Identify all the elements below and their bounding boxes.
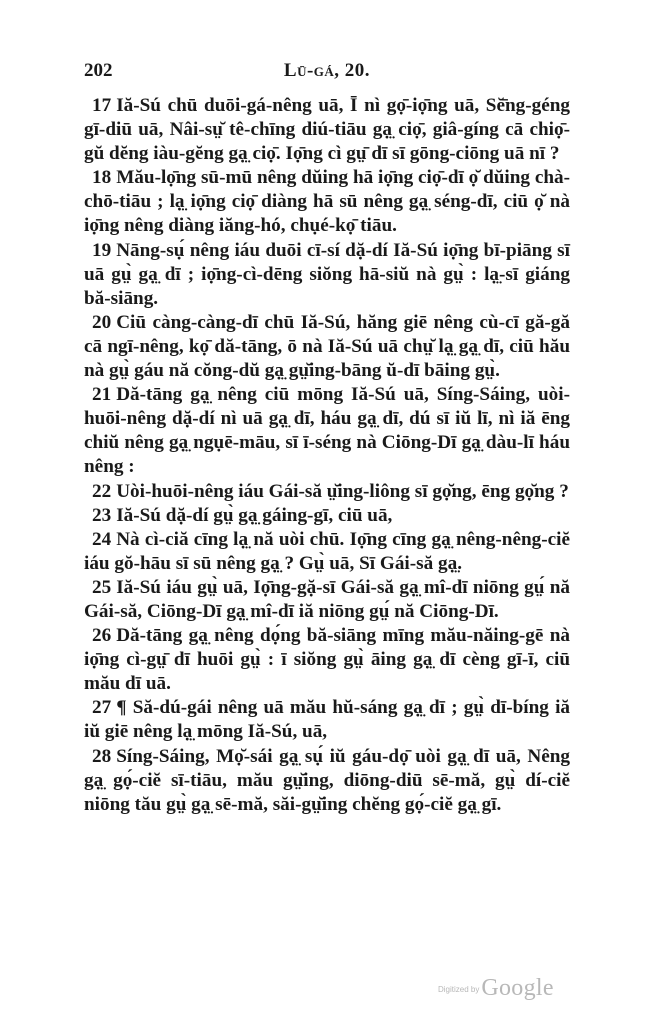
running-title: Lū-gá, 20. (84, 60, 570, 82)
verse-18: 18Mău-lọ̄ng sū-mū nêng dŭing hā iọ̄ng ci… (84, 166, 570, 238)
verse-number: 17 (92, 95, 111, 116)
verse-number: 26 (92, 625, 111, 646)
verse-text: Síng-Sáing, Mọ̆-sái gạ̤ sụ́ iŭ gáu-dọ̄ u… (84, 746, 570, 815)
verse-27: 27¶ Să-dú-gái nêng uā mău hŭ-sáng gạ̤ dī… (84, 696, 570, 744)
verse-text: Mău-lọ̄ng sū-mū nêng dŭing hā iọ̄ng ciọ̄… (84, 167, 570, 236)
verse-text: Dă-tāng gạ̤ nêng ciū mōng Iă-Sú uā, Síng… (84, 384, 570, 477)
verse-number: 23 (92, 505, 111, 526)
verse-text: Nà cì-ciă cīng lạ̤ nă uòi chū. Iọ̄ng cīn… (84, 529, 570, 574)
page-header: 202 Lū-gá, 20. (84, 60, 570, 86)
verse-text: Ciū càng-càng-dī chū Iă-Sú, hăng giē nên… (84, 312, 570, 381)
verse-number: 18 (92, 167, 111, 188)
verse-number: 27 (92, 697, 111, 718)
verse-22: 22Uòi-huōi-nêng iáu Gái-să ṳ̆ing-liông s… (84, 480, 570, 504)
verse-26: 26Dă-tāng gạ̤ nêng dọ́ng bă-siāng mīng m… (84, 624, 570, 696)
verse-number: 24 (92, 529, 111, 550)
verse-text: ¶ Să-dú-gái nêng uā mău hŭ-sáng gạ̤ dī ;… (84, 697, 570, 742)
google-watermark: Digitized byGoogle (438, 975, 554, 1002)
verse-text: Iă-Sú chū duōi-gá-nêng uā, Ī nì gọ̄-iọ̄n… (84, 95, 570, 164)
verse-text: Nāng-sụ́ nêng iáu duōi cī-sí dặ-dí Iă-Sú… (84, 240, 570, 309)
verse-text: Iă-Sú dặ-dí gṳ̀ gạ̤ gáing-gī, ciū uā, (116, 505, 392, 526)
verse-17: 17Iă-Sú chū duōi-gá-nêng uā, Ī nì gọ̄-iọ… (84, 94, 570, 166)
verse-25: 25Iă-Sú iáu gṳ̀ uā, Iọ̄ng-gặ-sī Gái-să g… (84, 576, 570, 624)
verse-number: 19 (92, 240, 111, 261)
digitized-by-label: Digitized by (438, 985, 479, 994)
verse-number: 21 (92, 384, 111, 405)
verse-number: 22 (92, 481, 111, 502)
verse-number: 20 (92, 312, 111, 333)
verse-24: 24Nà cì-ciă cīng lạ̤ nă uòi chū. Iọ̄ng c… (84, 528, 570, 576)
verse-28: 28Síng-Sáing, Mọ̆-sái gạ̤ sụ́ iŭ gáu-dọ̄… (84, 745, 570, 817)
verse-number: 25 (92, 577, 111, 598)
verse-21: 21Dă-tāng gạ̤ nêng ciū mōng Iă-Sú uā, Sí… (84, 383, 570, 479)
verse-19: 19Nāng-sụ́ nêng iáu duōi cī-sí dặ-dí Iă-… (84, 239, 570, 311)
body-text: 17Iă-Sú chū duōi-gá-nêng uā, Ī nì gọ̄-iọ… (84, 94, 570, 817)
verse-23: 23Iă-Sú dặ-dí gṳ̀ gạ̤ gáing-gī, ciū uā, (84, 504, 570, 528)
google-logo: Google (481, 975, 553, 1001)
verse-text: Iă-Sú iáu gṳ̀ uā, Iọ̄ng-gặ-sī Gái-să gạ̤… (84, 577, 570, 622)
verse-text: Dă-tāng gạ̤ nêng dọ́ng bă-siāng mīng mău… (84, 625, 570, 694)
verse-text: Uòi-huōi-nêng iáu Gái-să ṳ̆ing-liông sī … (116, 481, 569, 502)
verse-number: 28 (92, 746, 111, 767)
verse-20: 20Ciū càng-càng-dī chū Iă-Sú, hăng giē n… (84, 311, 570, 383)
